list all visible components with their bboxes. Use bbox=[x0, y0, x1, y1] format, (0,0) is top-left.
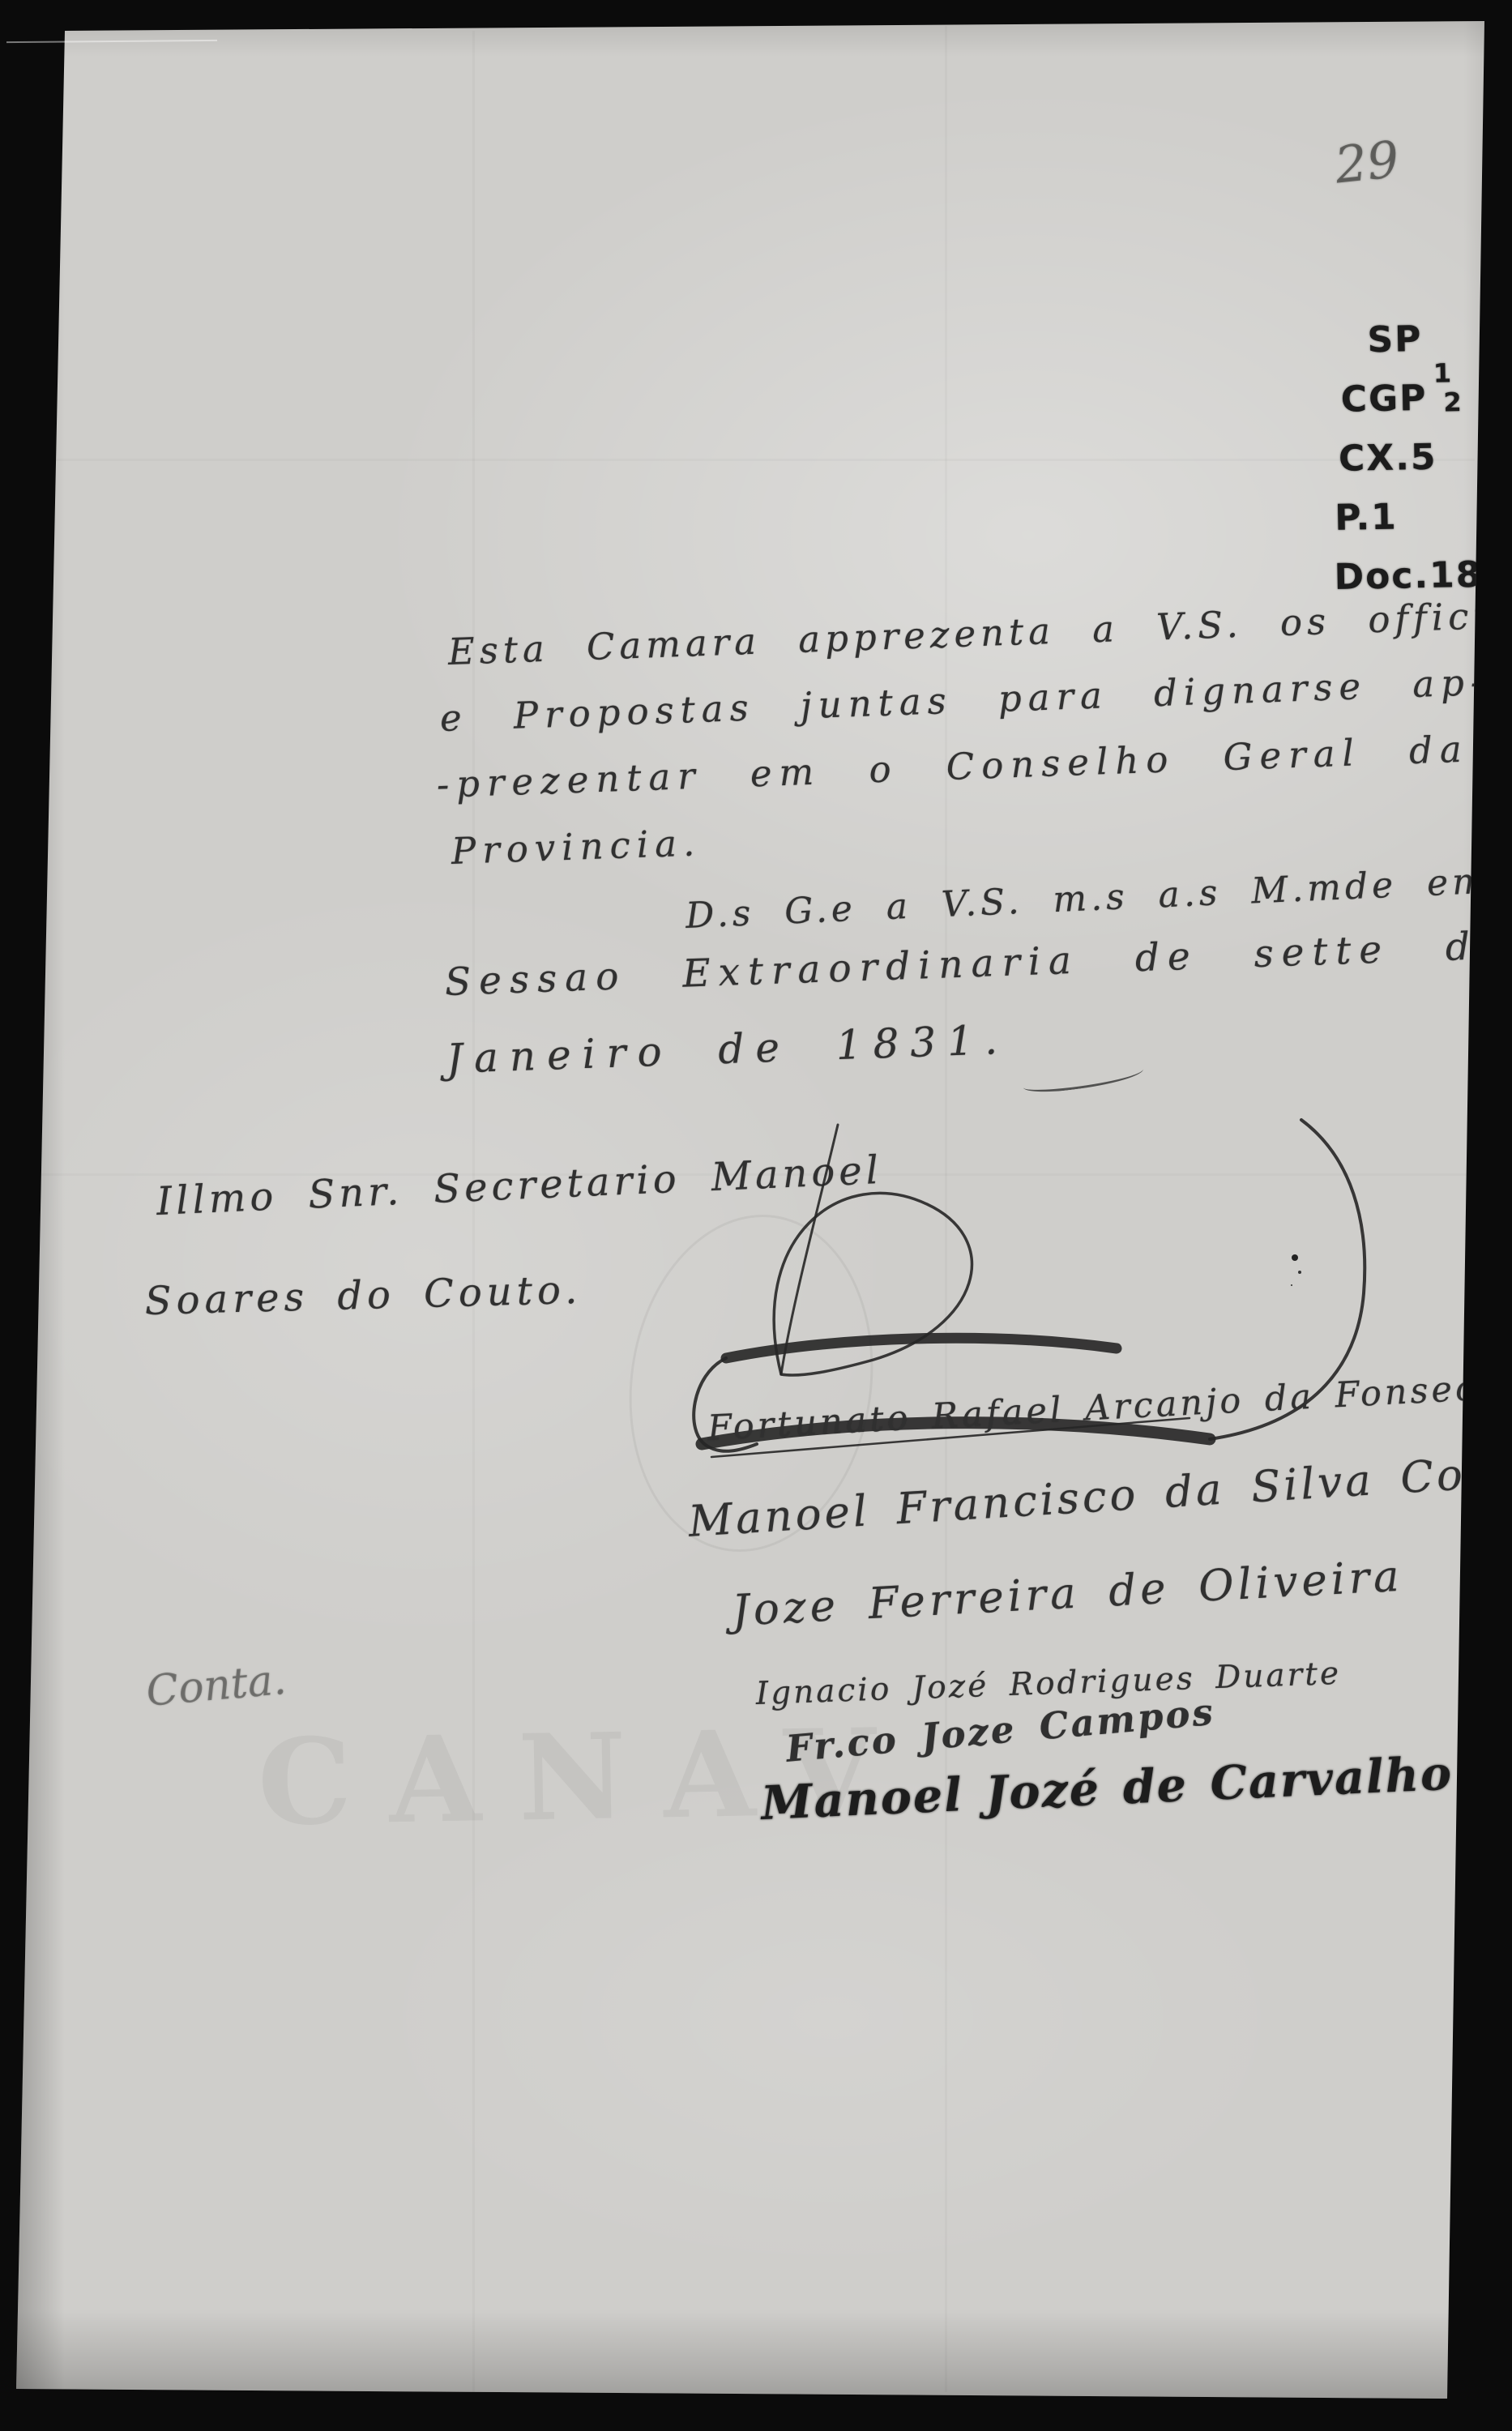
document-scan: CANAV 29 SP CGP12 CX.5 P.1 Doc.18 Esta C… bbox=[0, 0, 1512, 2431]
paper-sheet: CANAV 29 SP CGP12 CX.5 P.1 Doc.18 Esta C… bbox=[0, 0, 1512, 2431]
paper-edge-shading bbox=[0, 0, 1512, 2431]
